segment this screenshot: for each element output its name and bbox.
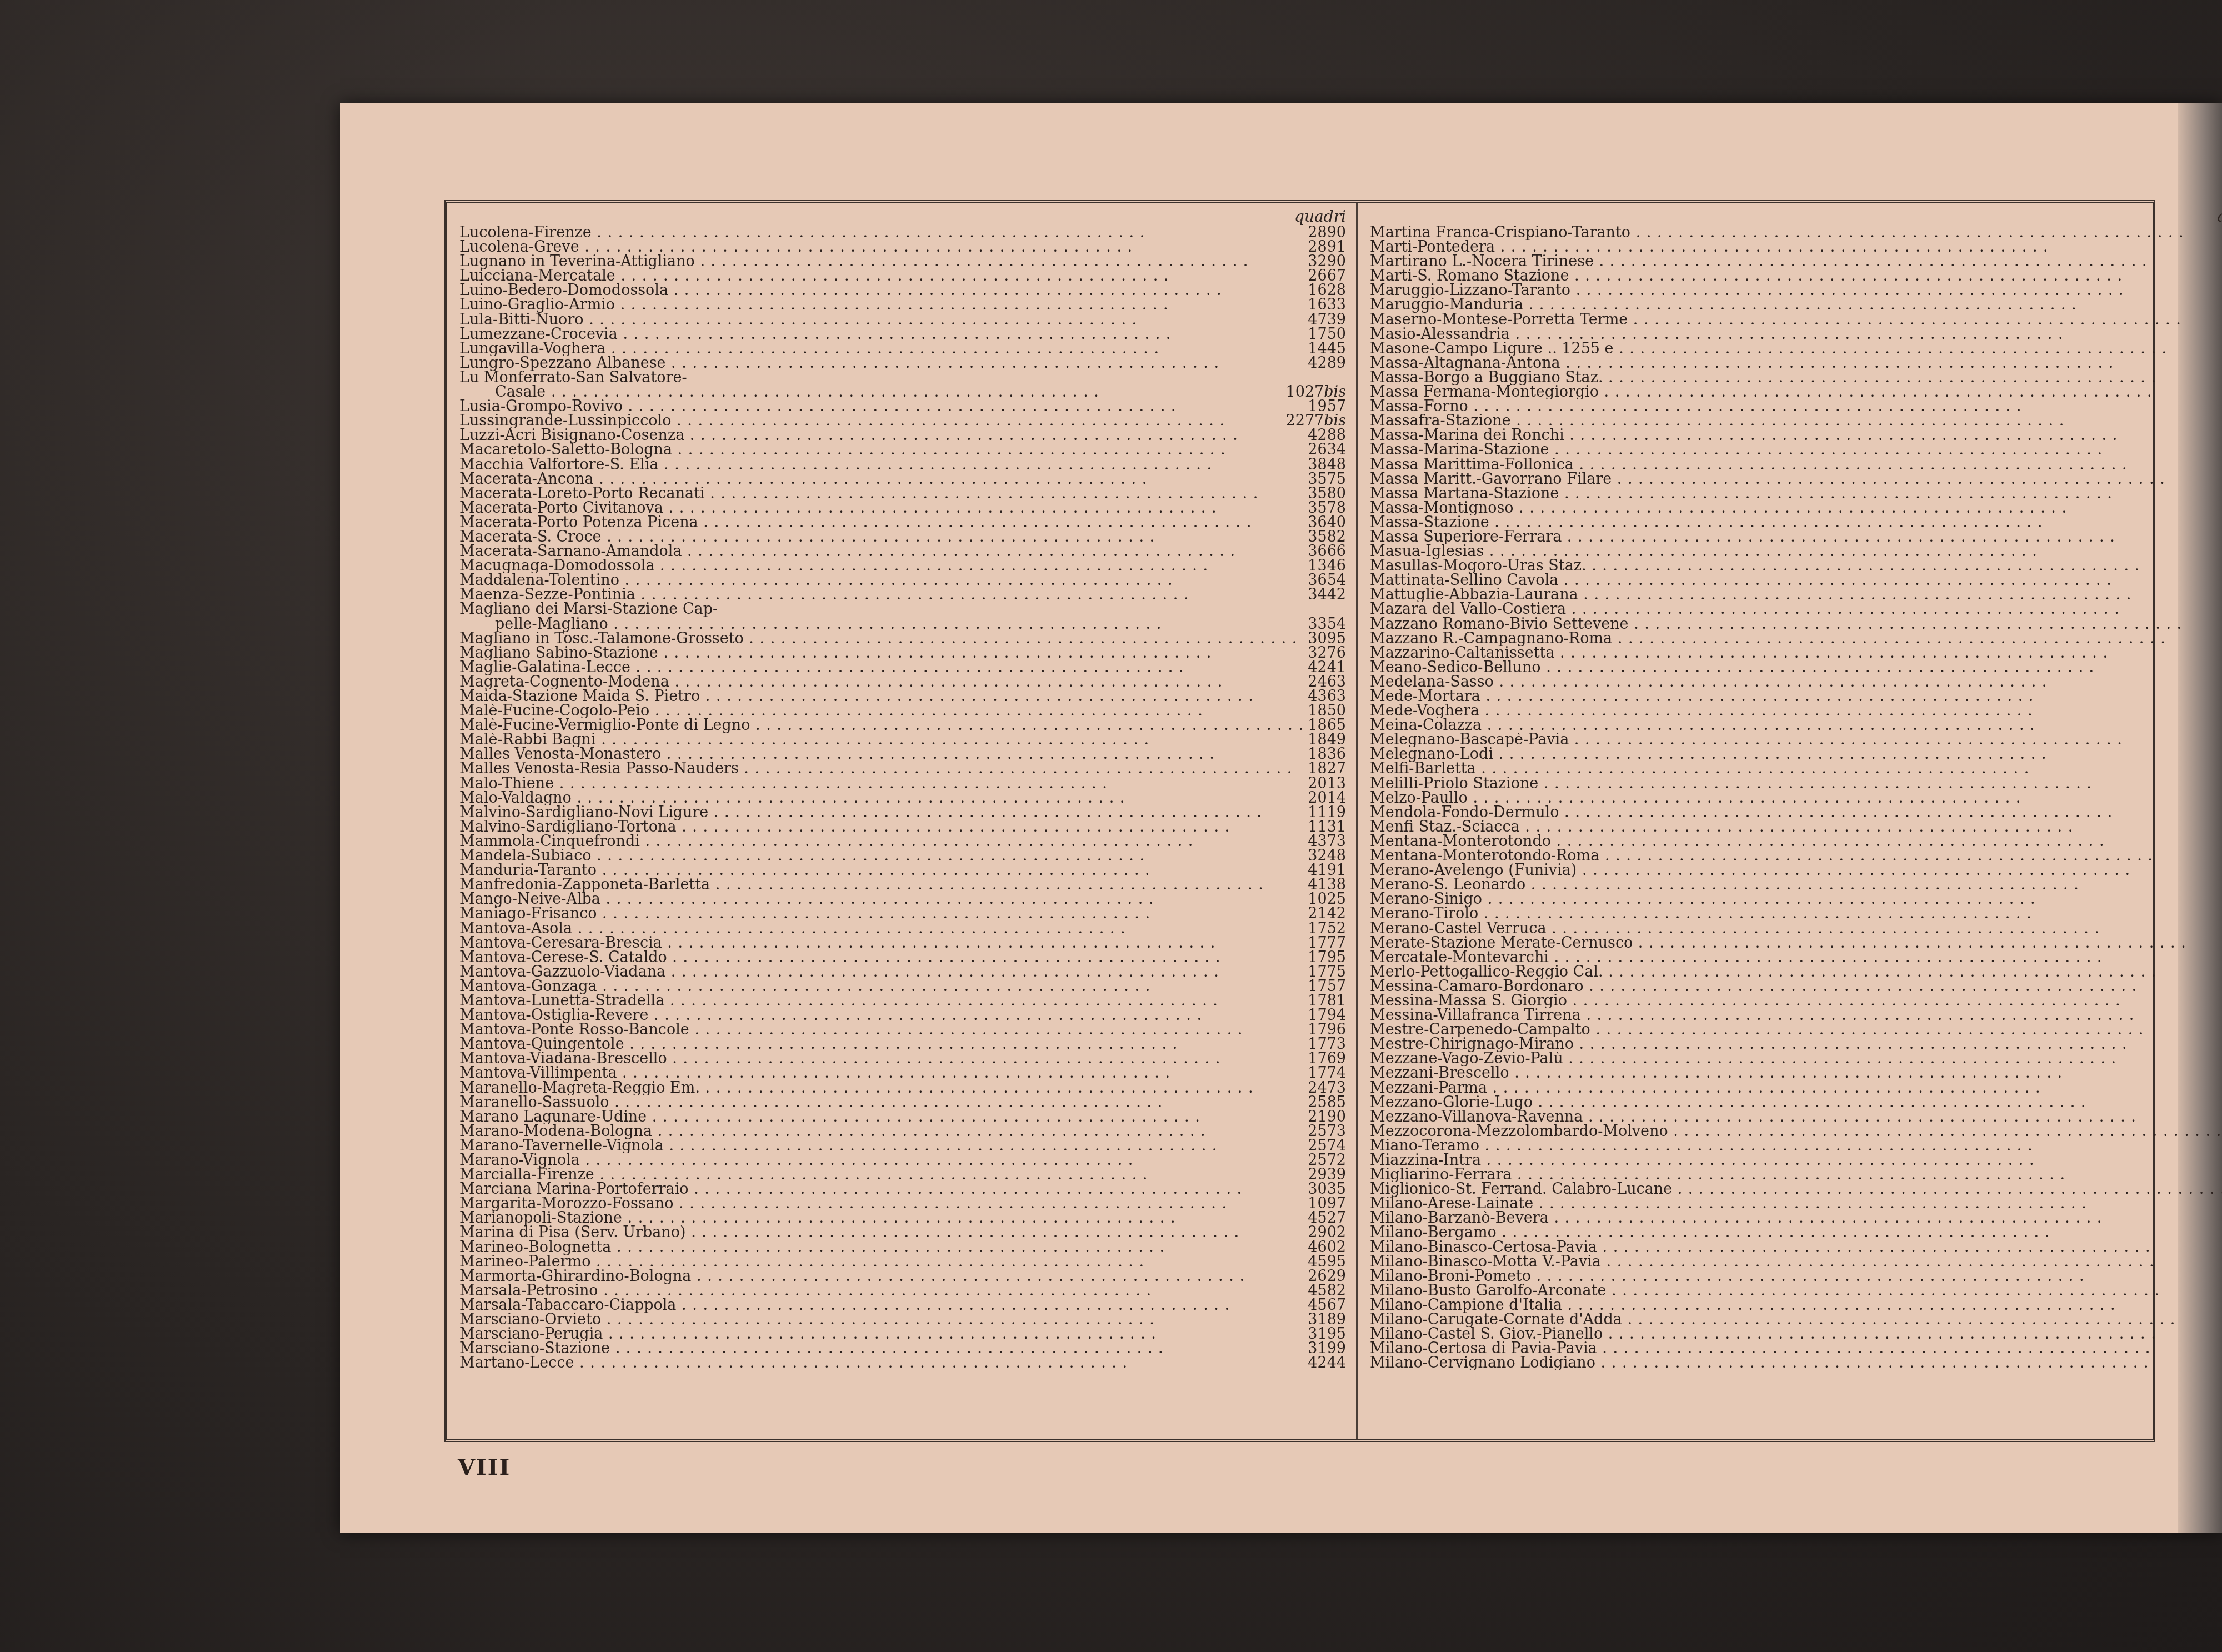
route-name: Mazara del Vallo-Costiera [1370, 602, 2222, 617]
index-columns: quadriLucolena-Firenze2890Lucolena-Greve… [447, 203, 2153, 1439]
route-name: Lula-Bitti-Nuoro [459, 313, 1304, 327]
index-entry: Melegnano-Lodi1624 [1370, 747, 2222, 762]
index-entry: Mantova-Gazzuolo-Viadana1775 [459, 965, 1346, 979]
index-entry: Mentana-Monterotondo-Roma3061 [1370, 849, 2222, 863]
route-name: Melzo-Paullo [1370, 791, 2222, 805]
table-reference-number: 2142 [1304, 907, 1346, 921]
index-entry: Merano-Sinigo1816 [1370, 892, 2222, 907]
index-entry: Macerata-Sarnano-Amandola3666 [459, 544, 1346, 559]
table-reference-number: 1445 [1304, 342, 1346, 356]
index-entry: Mercatale-Montevarchi3004 [1370, 950, 2222, 965]
route-name: Magliano in Tosc.-Talamone-Grosseto [459, 632, 1304, 646]
route-name: Martina Franca-Crispiano-Taranto [1370, 226, 2222, 240]
route-name: Manduria-Taranto [459, 863, 1304, 878]
route-name: Marano-Vignola [459, 1153, 1304, 1168]
route-name: Massa-Stazione [1370, 515, 2222, 530]
route-name: Milano-Barzanò-Bevera [1370, 1211, 2222, 1225]
index-entry: Massa-Montignoso2755 [1370, 501, 2222, 515]
route-name: Marti-Pontedera [1370, 240, 2222, 254]
route-name: Mantova-Gazzuolo-Viadana [459, 965, 1304, 979]
route-name: Luzzi-Acri Bisignano-Cosenza [459, 428, 1304, 443]
route-name: Magreta-Cognento-Modena [459, 675, 1304, 689]
index-entry: Macugnaga-Domodossola1346 [459, 559, 1346, 573]
index-entry: Mede-Mortara1404 [1370, 689, 2222, 704]
table-reference-number: 3354 [1304, 617, 1346, 632]
route-name: Mezzano-Villanova-Ravenna [1370, 1110, 2222, 1124]
index-entry: Marano-Modena-Bologna2573 [459, 1124, 1346, 1139]
route-name: Massa-Marina dei Ronchi [1370, 428, 2222, 443]
route-name-continuation: Casale [495, 385, 1283, 399]
route-name: Miazzina-Intra [1370, 1153, 2222, 1168]
index-entry: Macerata-Ancona3575 [459, 472, 1346, 487]
route-name: Mantova-Gonzaga [459, 979, 1304, 994]
route-name: Mentana-Monterotondo [1370, 834, 2222, 849]
route-name: Mantova-Asola [459, 922, 1304, 936]
route-name: Maranello-Sassuolo [459, 1095, 1304, 1110]
table-reference-number: 4739 [1304, 313, 1346, 327]
route-name: Mango-Neive-Alba [459, 892, 1304, 907]
route-name: Miano-Teramo [1370, 1139, 2222, 1153]
route-name: Massa Maritt.-Gavorrano Filare [1370, 472, 2222, 487]
route-name: Lumezzane-Crocevia [459, 327, 1304, 342]
index-entry: Marano Lagunare-Udine2190 [459, 1110, 1346, 1124]
route-name-continuation: pelle-Magliano [495, 617, 1304, 632]
index-entry: Marianopoli-Stazione4527 [459, 1211, 1346, 1225]
route-name: Mestre-Carpenedo-Campalto [1370, 1023, 2222, 1037]
table-reference-number: 3848 [1304, 458, 1346, 472]
route-name: Manfredonia-Zapponeta-Barletta [459, 878, 1304, 892]
index-table-frame: quadriLucolena-Firenze2890Lucolena-Greve… [444, 200, 2155, 1442]
index-entry: Marti-Pontedera2845 [1370, 240, 2222, 254]
index-entry: Marti-S. Romano Stazione2853 [1370, 269, 2222, 283]
route-name: Massa Marittima-Follonica [1370, 458, 2222, 472]
index-entry: Marano-Vignola2572 [459, 1153, 1346, 1168]
route-name: Mammola-Cinquefrondi [459, 834, 1304, 849]
route-name: Merate-Stazione Merate-Cernusco [1370, 936, 2222, 950]
index-entry: Malo-Thiene2013 [459, 777, 1346, 791]
route-name: Maenza-Sezze-Pontinia [459, 588, 1304, 602]
route-name: Maniago-Frisanco [459, 907, 1304, 921]
index-entry: Mantova-Quingentole1773 [459, 1037, 1346, 1052]
index-entry: Marano-Tavernelle-Vignola2574 [459, 1139, 1346, 1153]
index-entry: Mede-Voghera1426 [1370, 704, 2222, 718]
table-reference-number: 2573 [1304, 1124, 1346, 1139]
route-name: Milano-Bergamo [1370, 1225, 2222, 1240]
table-reference-number: 2629 [1304, 1269, 1346, 1284]
route-name: Massa-Marina-Stazione [1370, 443, 2222, 457]
index-entry: Mandela-Subiaco3248 [459, 849, 1346, 863]
route-name: Luino-Graglio-Armio [459, 298, 1304, 312]
table-reference-number: 3276 [1304, 646, 1346, 660]
index-entry: Milano-Carugate-Cornate d'Adda1498 [1370, 1313, 2222, 1327]
table-reference-number: 2190 [1304, 1110, 1346, 1124]
index-entry: Lungro-Spezzano Albanese4289 [459, 356, 1346, 371]
index-entry: Lula-Bitti-Nuoro4739 [459, 313, 1346, 327]
column-header-quadri: quadri [1370, 209, 2222, 224]
index-entry: Milano-Busto Garolfo-Arconate1447 [1370, 1284, 2222, 1298]
table-reference-number: 3580 [1304, 487, 1346, 501]
table-reference-number: 3578 [1304, 501, 1346, 515]
index-entry: Mantova-Cerese-S. Cataldo1795 [459, 950, 1346, 965]
index-entry: Massa Marittima-Follonica3092 [1370, 458, 2222, 472]
index-entry: Mammola-Cinquefrondi4373 [459, 834, 1346, 849]
index-entry: Maddalena-Tolentino3654 [459, 573, 1346, 588]
index-entry: Maranello-Magreta-Reggio Em.2473 [459, 1081, 1346, 1095]
route-name: Miglionico-St. Ferrand. Calabro-Lucane [1370, 1182, 2222, 1197]
route-name: Marano-Tavernelle-Vignola [459, 1139, 1304, 1153]
route-name: Marano Lagunare-Udine [459, 1110, 1304, 1124]
index-entry: Mazzano Romano-Bivio Settevene3089 [1370, 617, 2222, 632]
route-name: Macchia Valfortore-S. Elia [459, 458, 1304, 472]
index-entry: Meina-Colazza1365 [1370, 718, 2222, 733]
index-entry: Migliarino-Ferrara2541 [1370, 1168, 2222, 1182]
route-name: Masio-Alessandria [1370, 327, 2222, 342]
index-entry: Mezzocorona-Mezzolombardo-Molveno1872 [1370, 1124, 2222, 1139]
index-entry: Marsciano-Orvieto3189 [459, 1313, 1346, 1327]
index-entry: Massa-Marina dei Ronchi2915 [1370, 428, 2222, 443]
index-entry: Macerata-Porto Potenza Picena3640 [459, 515, 1346, 530]
index-entry: Masone-Campo Ligure .. 1255 e1269 [1370, 342, 2222, 356]
route-name: Marsala-Petrosino [459, 1284, 1304, 1298]
index-entry: Mazara del Vallo-Costiera4583 [1370, 602, 2222, 617]
index-entry: Martano-Lecce4244 [459, 1356, 1346, 1370]
route-name: Lucolena-Greve [459, 240, 1304, 254]
index-entry: Luino-Graglio-Armio1633 [459, 298, 1346, 312]
route-name: Lungro-Spezzano Albanese [459, 356, 1304, 371]
index-entry: Marmorta-Ghirardino-Bologna2629 [459, 1269, 1346, 1284]
index-entry: Martina Franca-Crispiano-Taranto4187 [1370, 226, 2222, 240]
index-entry: Mezzano-Villanova-Ravenna2701 [1370, 1110, 2222, 1124]
route-name: Merano-Avelengo (Funivia) [1370, 863, 2222, 878]
route-name: Macerata-Porto Civitanova [459, 501, 1304, 515]
route-name: Maruggio-Manduria [1370, 298, 2222, 312]
index-entry: Mantova-Ostiglia-Revere1794 [459, 1008, 1346, 1023]
index-entry: Mantova-Viadana-Brescello1769 [459, 1052, 1346, 1066]
route-name: Luino-Bedero-Domodossola [459, 283, 1304, 298]
table-reference-number: 3575 [1304, 472, 1346, 487]
route-name: Marsciano-Orvieto [459, 1313, 1304, 1327]
route-name: Melegnano-Lodi [1370, 747, 2222, 762]
route-name: Milano-Carugate-Cornate d'Adda [1370, 1313, 2222, 1327]
route-name: Melegnano-Bascapè-Pavia [1370, 733, 2222, 747]
table-reference-number: 1633 [1304, 298, 1346, 312]
route-name: Maranello-Magreta-Reggio Em. [459, 1081, 1304, 1095]
table-reference-number: 1119 [1304, 805, 1346, 820]
index-entry: Milano-Binasco-Certosa-Pavia616 [1370, 1240, 2222, 1255]
page-number: VIII [458, 1454, 511, 1480]
route-name: Malè-Fucine-Vermiglio-Ponte di Legno [459, 718, 1304, 733]
route-name: Mantova-Lunetta-Stradella [459, 994, 1304, 1008]
index-entry: Marsciano-Perugia3195 [459, 1327, 1346, 1341]
route-name: Milano-Arese-Lainate [1370, 1197, 2222, 1211]
route-name: Mede-Voghera [1370, 704, 2222, 718]
route-name: Medelana-Sasso [1370, 675, 2222, 689]
table-reference-number: 1827 [1304, 762, 1346, 776]
index-entry: Maglie-Galatina-Lecce4241 [459, 660, 1346, 675]
index-entry: Marineo-Bolognetta4602 [459, 1240, 1346, 1255]
index-entry: Messina-Massa S. Giorgio4428 [1370, 994, 2222, 1008]
table-reference-number: 1795 [1304, 950, 1346, 965]
table-reference-number: 4595 [1304, 1255, 1346, 1269]
route-name: Magliano dei Marsi-Stazione Cap- [459, 602, 1346, 617]
table-reference-number: 1775 [1304, 965, 1346, 979]
route-name: Mattinata-Sellino Cavola [1370, 573, 2222, 588]
index-entry: Merano-S. Leonardo1826 [1370, 878, 2222, 892]
table-reference-number: 1752 [1304, 922, 1346, 936]
route-name: Mantova-Quingentole [459, 1037, 1304, 1052]
route-name: Mantova-Ponte Rosso-Bancole [459, 1023, 1304, 1037]
index-entry: Merano-Avelengo (Funivia)1830 [1370, 863, 2222, 878]
route-name: Migliarino-Ferrara [1370, 1168, 2222, 1182]
index-entry: Mezzani-Parma2399 [1370, 1081, 2222, 1095]
route-name: Maruggio-Lizzano-Taranto [1370, 283, 2222, 298]
index-entry: Masullas-Mogoro-Uras Staz.4677 [1370, 559, 2222, 573]
index-entry: Macchia Valfortore-S. Elia3848 [459, 458, 1346, 472]
route-name: Marti-S. Romano Stazione [1370, 269, 2222, 283]
route-name: Macaretolo-Saletto-Bologna [459, 443, 1304, 457]
route-name: Meina-Colazza [1370, 718, 2222, 733]
route-name: Marineo-Bolognetta [459, 1240, 1304, 1255]
route-name: Menfi Staz.-Sciacca [1370, 820, 2222, 834]
index-entry: Mantova-Lunetta-Stradella1781 [459, 994, 1346, 1008]
route-name: Martano-Lecce [459, 1356, 1304, 1370]
route-name: Mezzane-Vago-Zevio-Palù [1370, 1052, 2222, 1066]
route-name: Mercatale-Montevarchi [1370, 950, 2222, 965]
route-name: Marciana Marina-Portoferraio [459, 1182, 1304, 1197]
index-entry: Marsala-Petrosino4582 [459, 1284, 1346, 1298]
index-entry: Marsala-Tabaccaro-Ciappola4567 [459, 1298, 1346, 1313]
route-name: Milano-Certosa di Pavia-Pavia [1370, 1341, 2222, 1356]
route-name: Messina-Villafranca Tirrena [1370, 1008, 2222, 1023]
route-name: Massafra-Stazione [1370, 414, 2222, 428]
route-name: Mentana-Monterotondo-Roma [1370, 849, 2222, 863]
index-entry: Martirano L.-Nocera Tirinese4316 [1370, 254, 2222, 269]
route-name: Mattuglie-Abbazia-Laurana [1370, 588, 2222, 602]
index-entry: Merlo-Pettogallico-Reggio Cal.4393 [1370, 965, 2222, 979]
table-reference-number: 3095 [1304, 632, 1346, 646]
route-name: Mantova-Viadana-Brescello [459, 1052, 1304, 1066]
route-name: Mezzano-Glorie-Lugo [1370, 1095, 2222, 1110]
route-name: Messina-Massa S. Giorgio [1370, 994, 2222, 1008]
table-reference-number: 4241 [1304, 660, 1346, 675]
index-entry: Marcialla-Firenze2939 [459, 1168, 1346, 1182]
route-name: Merano-Sinigo [1370, 892, 2222, 907]
route-name: Maglie-Galatina-Lecce [459, 660, 1304, 675]
index-entry: Mantova-Gonzaga1757 [459, 979, 1346, 994]
route-name: Merano-Castel Verruca [1370, 922, 2222, 936]
index-entry: Mezzano-Glorie-Lugo2684 [1370, 1095, 2222, 1110]
index-entry: Masua-Iglesias4681 [1370, 544, 2222, 559]
route-name: Marsala-Tabaccaro-Ciappola [459, 1298, 1304, 1313]
route-name: Massa-Borgo a Buggiano Staz. [1370, 371, 2222, 385]
index-entry: Macaretolo-Saletto-Bologna2634 [459, 443, 1346, 457]
index-entry: Lungavilla-Voghera1445 [459, 342, 1346, 356]
index-entry: Malo-Valdagno2014 [459, 791, 1346, 805]
route-name: Melilli-Priolo Stazione [1370, 777, 2222, 791]
index-entry: Lucolena-Greve2891 [459, 240, 1346, 254]
route-name: Massa Martana-Stazione [1370, 487, 2222, 501]
index-entry: Mango-Neive-Alba1025 [459, 892, 1346, 907]
route-name: Macerata-Ancona [459, 472, 1304, 487]
route-name: Massa-Forno [1370, 399, 2222, 414]
index-entry: Mattinata-Sellino Cavola4109 [1370, 573, 2222, 588]
index-entry: Merano-Castel Verruca1821 [1370, 922, 2222, 936]
index-entry: Maruggio-Lizzano-Taranto4193 [1370, 283, 2222, 298]
index-entry: Massa Superiore-Ferrara1643 [1370, 530, 2222, 544]
table-reference-number: 3442 [1304, 588, 1346, 602]
index-entry: Malles Venosta-Monastero1836 [459, 747, 1346, 762]
route-name: Malo-Valdagno [459, 791, 1304, 805]
index-entry: Mezzane-Vago-Zevio-Palù1942 [1370, 1052, 2222, 1066]
route-name: Marineo-Palermo [459, 1255, 1304, 1269]
route-name: Mantova-Villimpenta [459, 1066, 1304, 1080]
index-entry: Lumezzane-Crocevia1750 [459, 327, 1346, 342]
index-entry: Melzo-Paullo1649 [1370, 791, 2222, 805]
index-entry: Mantova-Ceresara-Brescia1777 [459, 936, 1346, 950]
route-name: Milano-Campione d'Italia [1370, 1298, 2222, 1313]
route-name: Luicciana-Mercatale [459, 269, 1304, 283]
book-page: quadriLucolena-Firenze2890Lucolena-Greve… [340, 103, 2222, 1533]
index-entry: Marineo-Palermo4595 [459, 1255, 1346, 1269]
index-entry: Mazzarino-Caltanissetta4531 [1370, 646, 2222, 660]
route-name: Milano-Binasco-Certosa-Pavia [1370, 1240, 2222, 1255]
index-entry: Massa Fermana-Montegiorgio3675 [1370, 385, 2222, 399]
table-reference-number: 2634 [1304, 443, 1346, 457]
table-reference-number: 2014 [1304, 791, 1346, 805]
index-entry: Mantova-Asola1752 [459, 922, 1346, 936]
index-entry: Meano-Sedico-Belluno1989 [1370, 660, 2222, 675]
index-entry: Milano-Cervignano Lodigiano1490 [1370, 1356, 2222, 1370]
index-entry: Luzzi-Acri Bisignano-Cosenza4288 [459, 428, 1346, 443]
index-entry: Manduria-Taranto4191 [459, 863, 1346, 878]
route-name: Marsciano-Perugia [459, 1327, 1304, 1341]
index-entry: Merate-Stazione Merate-Cernusco1575 [1370, 936, 2222, 950]
index-column-2: quadriMartina Franca-Crispiano-Taranto41… [1358, 203, 2222, 1439]
index-entry: Miano-Teramo3745 [1370, 1139, 2222, 1153]
route-name: Massa-Altagnana-Antona [1370, 356, 2222, 371]
index-entry: Manfredonia-Zapponeta-Barletta4138 [459, 878, 1346, 892]
route-name: Lungavilla-Voghera [459, 342, 1304, 356]
index-entry: Milano-Binasco-Motta V.-Pavia1473 [1370, 1255, 2222, 1269]
route-name: Marcialla-Firenze [459, 1168, 1304, 1182]
route-name: Malvino-Sardigliano-Novi Ligure [459, 805, 1304, 820]
table-reference-number: 4244 [1304, 1356, 1346, 1370]
index-entry: Mestre-Carpenedo-Campalto2130 [1370, 1023, 2222, 1037]
route-name: Marano-Modena-Bologna [459, 1124, 1304, 1139]
index-entry: Magliano in Tosc.-Talamone-Grosseto3095 [459, 632, 1346, 646]
index-entry: Massa-Stazione2750 [1370, 515, 2222, 530]
index-entry: Maenza-Sezze-Pontinia3442 [459, 588, 1346, 602]
route-name: Milano-Busto Garolfo-Arconate [1370, 1284, 2222, 1298]
index-entry: Malvino-Sardigliano-Tortona1131 [459, 820, 1346, 834]
route-name: Macerata-Porto Potenza Picena [459, 515, 1304, 530]
index-entry: Miazzina-Intra1363 [1370, 1153, 2222, 1168]
route-name: Meano-Sedico-Belluno [1370, 660, 2222, 675]
index-entry: Malè-Fucine-Cogolo-Peio1850 [459, 704, 1346, 718]
route-name: Macerata-Loreto-Porto Recanati [459, 487, 1304, 501]
route-name: Macerata-Sarnano-Amandola [459, 544, 1304, 559]
route-name: Macugnaga-Domodossola [459, 559, 1304, 573]
index-entry: Marina di Pisa (Serv. Urbano)2902 [459, 1225, 1346, 1240]
route-name: Malè-Rabbi Bagni [459, 733, 1304, 747]
index-entry: Malè-Rabbi Bagni1849 [459, 733, 1346, 747]
index-entry: Mezzani-Brescello2383 [1370, 1066, 2222, 1080]
route-name: Lusia-Grompo-Rovivo [459, 399, 1304, 414]
route-name: Milano-Binasco-Motta V.-Pavia [1370, 1255, 2222, 1269]
index-entry: Milano-Broni-Pometo1465 [1370, 1269, 2222, 1284]
index-entry: Masio-Alessandria1024 [1370, 327, 2222, 342]
index-entry: Milano-Castel S. Giov.-Pianello1449 [1370, 1327, 2222, 1341]
table-reference-number: 1774 [1304, 1066, 1346, 1080]
index-entry: Margarita-Morozzo-Fossano1097 [459, 1197, 1346, 1211]
index-entry: Lugnano in Teverina-Attigliano3290 [459, 254, 1346, 269]
index-entry: Luino-Bedero-Domodossola1628 [459, 283, 1346, 298]
index-entry: Lussingrande-Lussinpiccolo2277bis [459, 414, 1346, 428]
route-name: Masua-Iglesias [1370, 544, 2222, 559]
index-entry: Mendola-Fondo-Dermulo1824 [1370, 805, 2222, 820]
route-name: Massa-Montignoso [1370, 501, 2222, 515]
column-header-quadri: quadri [459, 209, 1346, 224]
index-entry: Messina-Villafranca Tirrena4427 [1370, 1008, 2222, 1023]
index-entry: Magliano Sabino-Stazione3276 [459, 646, 1346, 660]
index-entry: Melilli-Priolo Stazione4536 [1370, 777, 2222, 791]
route-name: Messina-Camaro-Bordonaro [1370, 979, 2222, 994]
route-name: Milano-Broni-Pometo [1370, 1269, 2222, 1284]
route-name: Marmorta-Ghirardino-Bologna [459, 1269, 1304, 1284]
route-name: Milano-Cervignano Lodigiano [1370, 1356, 2222, 1370]
route-name: Mendola-Fondo-Dermulo [1370, 805, 2222, 820]
index-entry: Mestre-Chirignago-Mirano677 [1370, 1037, 2222, 1052]
index-entry: Medelana-Sasso2636 [1370, 675, 2222, 689]
index-entry: Marsciano-Stazione3199 [459, 1341, 1346, 1356]
index-entry: Lu Monferrato-San Salvatore-Casale1027bi… [459, 371, 1346, 399]
route-name: Massa Fermana-Montegiorgio [1370, 385, 2222, 399]
route-name: Mantova-Cerese-S. Cataldo [459, 950, 1304, 965]
index-entry: Milano-Certosa di Pavia-Pavia1420 [1370, 1341, 2222, 1356]
route-name: Mazzarino-Caltanissetta [1370, 646, 2222, 660]
route-name: Milano-Castel S. Giov.-Pianello [1370, 1327, 2222, 1341]
index-entry: Maida-Stazione Maida S. Pietro4363 [459, 689, 1346, 704]
route-name: Mestre-Chirignago-Mirano [1370, 1037, 2222, 1052]
route-name: Mezzocorona-Mezzolombardo-Molveno [1370, 1124, 2222, 1139]
route-name: Marina di Pisa (Serv. Urbano) [459, 1225, 1304, 1240]
table-reference-number: 2902 [1304, 1225, 1346, 1240]
route-name: Lussingrande-Lussinpiccolo [459, 414, 1283, 428]
index-entry: Melegnano-Bascapè-Pavia1471 [1370, 733, 2222, 747]
index-entry: Lucolena-Firenze2890 [459, 226, 1346, 240]
table-reference-number: 1777 [1304, 936, 1346, 950]
index-entry: Milano-Barzanò-Bevera1510 [1370, 1211, 2222, 1225]
route-name: Macerata-S. Croce [459, 530, 1304, 544]
route-name: Mazzano Romano-Bivio Settevene [1370, 617, 2222, 632]
route-name: Malles Venosta-Resia Passo-Nauders [459, 762, 1304, 776]
index-entry: Merano-Tirolo1829 [1370, 907, 2222, 921]
index-entry: Mentana-Monterotondo3067 [1370, 834, 2222, 849]
index-entry: Miglionico-St. Ferrand. Calabro-Lucane40… [1370, 1182, 2222, 1197]
index-entry: Mantova-Villimpenta1774 [459, 1066, 1346, 1080]
index-entry: Maranello-Sassuolo2585 [459, 1095, 1346, 1110]
route-name: Masullas-Mogoro-Uras Staz. [1370, 559, 2222, 573]
table-reference-number: 2585 [1304, 1095, 1346, 1110]
index-entry: Milano-Bergamo1506 [1370, 1225, 2222, 1240]
route-name: Malvino-Sardigliano-Tortona [459, 820, 1304, 834]
route-name: Maserno-Montese-Porretta Terme [1370, 313, 2222, 327]
index-entry: Macerata-S. Croce3582 [459, 530, 1346, 544]
route-name: Massa Superiore-Ferrara [1370, 530, 2222, 544]
table-reference-number: 1750 [1304, 327, 1346, 342]
route-name: Mandela-Subiaco [459, 849, 1304, 863]
route-name: Lu Monferrato-San Salvatore- [459, 371, 1346, 385]
